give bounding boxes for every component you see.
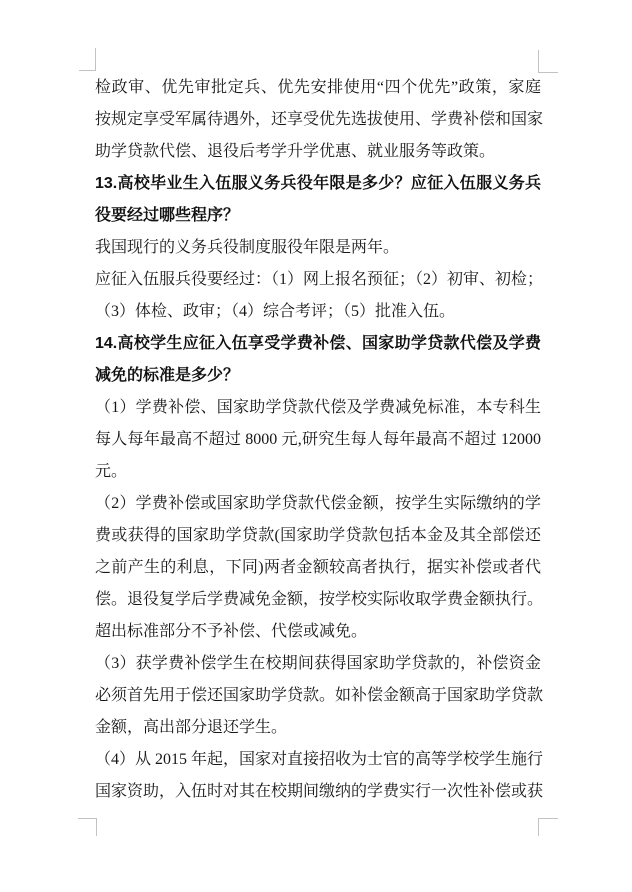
text-line: （1）学费补偿、国家助学贷款代偿及学费减免标准，本专科生 bbox=[95, 392, 541, 424]
text-line: 偿。退役复学后学费减免金额，按学校实际收取学费金额执行。 bbox=[95, 584, 541, 616]
text-line: 之前产生的利息，下同)两者金额较高者执行，据实补偿或者代 bbox=[95, 552, 541, 584]
text-line: 应征入伍服兵役要经过：（1）网上报名预征；（2）初审、初检； bbox=[95, 264, 541, 296]
text-line: 国家资助，入伍时对其在校期间缴纳的学费实行一次性补偿或获 bbox=[95, 776, 541, 808]
text-boundary-mark-top-left bbox=[79, 48, 96, 71]
document-body: 检政审、优先审批定兵、优先安排使用“四个优先”政策，家庭按规定享受军属待遇外，还… bbox=[95, 72, 541, 808]
text-line: 我国现行的义务兵役制度服役年限是两年。 bbox=[95, 232, 541, 264]
heading-line: 14.高校学生应征入伍享受学费补偿、国家助学贷款代偿及学费 bbox=[95, 328, 541, 360]
heading-line: 役要经过哪些程序？ bbox=[95, 200, 541, 232]
text-line: 助学贷款代偿、退役后考学升学优惠、就业服务等政策。 bbox=[95, 136, 541, 168]
text-line: 费或获得的国家助学贷款(国家助学贷款包括本金及其全部偿还 bbox=[95, 520, 541, 552]
text-line: 超出标准部分不予补偿、代偿或减免。 bbox=[95, 616, 541, 648]
text-boundary-mark-top-right bbox=[538, 50, 558, 73]
text-boundary-mark-bottom-left bbox=[78, 818, 97, 836]
text-line: 元。 bbox=[95, 456, 541, 488]
text-line: 金额，高出部分退还学生。 bbox=[95, 712, 541, 744]
heading-line: 13.高校毕业生入伍服义务兵役年限是多少？应征入伍服义务兵 bbox=[95, 168, 541, 200]
text-line: （4）从 2015 年起，国家对直接招收为士官的高等学校学生施行 bbox=[95, 744, 541, 776]
text-line: （3）获学费补偿学生在校期间获得国家助学贷款的，补偿资金 bbox=[95, 648, 541, 680]
text-boundary-mark-bottom-right bbox=[538, 818, 558, 836]
text-line: （2）学费补偿或国家助学贷款代偿金额，按学生实际缴纳的学 bbox=[95, 488, 541, 520]
text-line: 检政审、优先审批定兵、优先安排使用“四个优先”政策，家庭 bbox=[95, 72, 541, 104]
document-page: 检政审、优先审批定兵、优先安排使用“四个优先”政策，家庭按规定享受军属待遇外，还… bbox=[0, 0, 632, 892]
text-line: 按规定享受军属待遇外，还享受优先选拔使用、学费补偿和国家 bbox=[95, 104, 541, 136]
text-line: （3）体检、政审；（4）综合考评；（5）批准入伍。 bbox=[95, 296, 541, 328]
text-line: 必须首先用于偿还国家助学贷款。如补偿金额高于国家助学贷款 bbox=[95, 680, 541, 712]
text-line: 每人每年最高不超过 8000 元,研究生每人每年最高不超过 12000 bbox=[95, 424, 541, 456]
heading-line: 减免的标准是多少？ bbox=[95, 360, 541, 392]
